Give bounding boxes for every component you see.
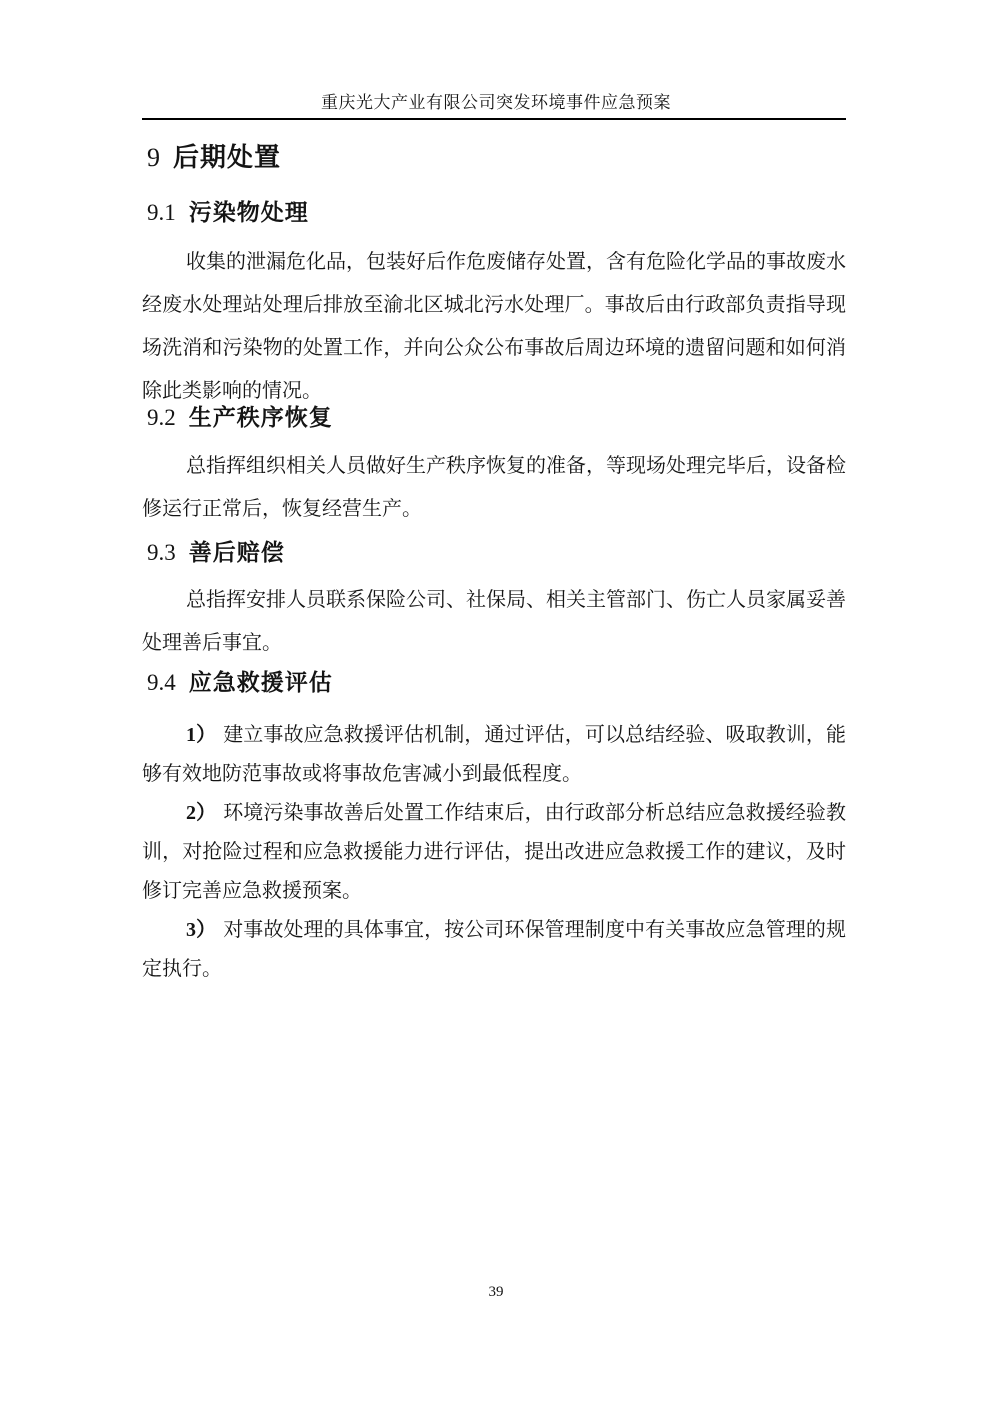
section-number: 9.1 <box>147 200 176 225</box>
item-text: 对事故处理的具体事宜，按公司环保管理制度中有关事故应急管理的规 <box>223 919 846 941</box>
item-line: 够有效地防范事故或将事故危害减小到最低程度。 <box>142 755 846 794</box>
item-number: 2） <box>186 802 216 824</box>
section-heading-9-2: 9.2生产秩序恢复 <box>147 401 333 435</box>
item-number: 1） <box>186 724 216 746</box>
section-title: 污染物处理 <box>189 200 309 226</box>
paragraph-9-3: 总指挥安排人员联系保险公司、社保局、相关主管部门、伤亡人员家属妥善 处理善后事宜… <box>142 579 846 665</box>
paragraph-line: 收集的泄漏危化品，包装好后作危废储存处置，含有危险化学品的事故废水 <box>142 241 846 284</box>
item-text: 环境污染事故善后处置工作结束后，由行政部分析总结应急救援经验教 <box>223 802 846 824</box>
paragraph-line: 总指挥安排人员联系保险公司、社保局、相关主管部门、伤亡人员家属妥善 <box>142 579 846 622</box>
paragraph-9-1: 收集的泄漏危化品，包装好后作危废储存处置，含有危险化学品的事故废水 经废水处理站… <box>142 241 846 413</box>
paragraph-line: 场洗消和污染物的处置工作，并向公众公布事故后周边环境的遗留问题和如何消 <box>142 327 846 370</box>
section-heading-9-3: 9.3善后赔偿 <box>147 536 285 570</box>
chapter-title: 后期处置 <box>173 143 281 173</box>
section-heading-9-4: 9.4应急救援评估 <box>147 666 333 700</box>
section-number: 9.3 <box>147 540 176 565</box>
section-heading-9-1: 9.1污染物处理 <box>147 196 309 230</box>
chapter-number: 9 <box>147 143 160 172</box>
section-number: 9.4 <box>147 670 176 695</box>
item-line: 定执行。 <box>142 950 846 989</box>
paragraph-line: 总指挥组织相关人员做好生产秩序恢复的准备，等现场处理完毕后，设备检 <box>142 445 846 488</box>
page-number: 39 <box>0 1283 992 1301</box>
page-header-rule <box>142 118 846 120</box>
item-line: 训，对抢险过程和应急救援能力进行评估，提出改进应急救援工作的建议，及时 <box>142 833 846 872</box>
item-line: 修订完善应急救援预案。 <box>142 872 846 911</box>
section-number: 9.2 <box>147 405 176 430</box>
section-title: 应急救援评估 <box>189 670 333 696</box>
numbered-items-9-4: 1）建立事故应急救援评估机制，通过评估，可以总结经验、吸取教训，能 够有效地防范… <box>142 716 846 989</box>
document-page: { "header": { "title": "重庆光大产业有限公司突发环境事件… <box>0 0 992 1403</box>
item-line: 3）对事故处理的具体事宜，按公司环保管理制度中有关事故应急管理的规 <box>142 911 846 950</box>
item-line: 1）建立事故应急救援评估机制，通过评估，可以总结经验、吸取教训，能 <box>142 716 846 755</box>
paragraph-line: 经废水处理站处理后排放至渝北区城北污水处理厂。事故后由行政部负责指导现 <box>142 284 846 327</box>
item-line: 2）环境污染事故善后处置工作结束后，由行政部分析总结应急救援经验教 <box>142 794 846 833</box>
section-title: 生产秩序恢复 <box>189 405 333 431</box>
section-title: 善后赔偿 <box>189 540 285 566</box>
item-text: 建立事故应急救援评估机制，通过评估，可以总结经验、吸取教训，能 <box>223 724 846 746</box>
paragraph-9-2: 总指挥组织相关人员做好生产秩序恢复的准备，等现场处理完毕后，设备检 修运行正常后… <box>142 445 846 531</box>
paragraph-line: 修运行正常后，恢复经营生产。 <box>142 488 846 531</box>
page-header-title: 重庆光大产业有限公司突发环境事件应急预案 <box>0 92 992 114</box>
item-number: 3） <box>186 919 216 941</box>
chapter-heading: 9后期处置 <box>147 140 281 176</box>
paragraph-line: 处理善后事宜。 <box>142 622 846 665</box>
